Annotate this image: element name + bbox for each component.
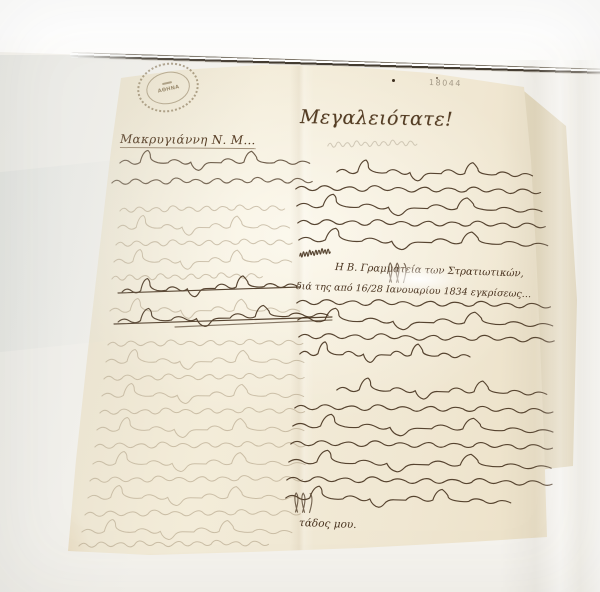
verso-address-lines	[112, 149, 312, 187]
letter-heading: Μεγαλειότατε!	[300, 106, 454, 131]
verso-faded-text	[79, 203, 305, 550]
closing-line: τάδος μου.	[299, 517, 357, 531]
recto-paragraph-3	[286, 376, 554, 513]
glass-glare	[372, 264, 465, 293]
recto-paragraph-1	[296, 158, 548, 283]
archive-number: 18044	[429, 78, 462, 88]
postal-stamp-inner-ring: ΑΘΗΝΑ	[143, 67, 193, 107]
stamp-center-text: ΑΘΗΝΑ	[157, 84, 180, 94]
addressee-line: Μακρυγιάννη Ν. Μ…	[120, 132, 256, 149]
ink-speck	[392, 79, 395, 82]
heading-pencil-underline	[328, 138, 417, 150]
museum-photo: ΑΘΗΝΑ 18044 Μεγαλειότατε! Μακρυγιάννη Ν.…	[0, 0, 600, 592]
ink-speck	[436, 77, 438, 79]
recto-paragraph-2	[297, 295, 555, 366]
